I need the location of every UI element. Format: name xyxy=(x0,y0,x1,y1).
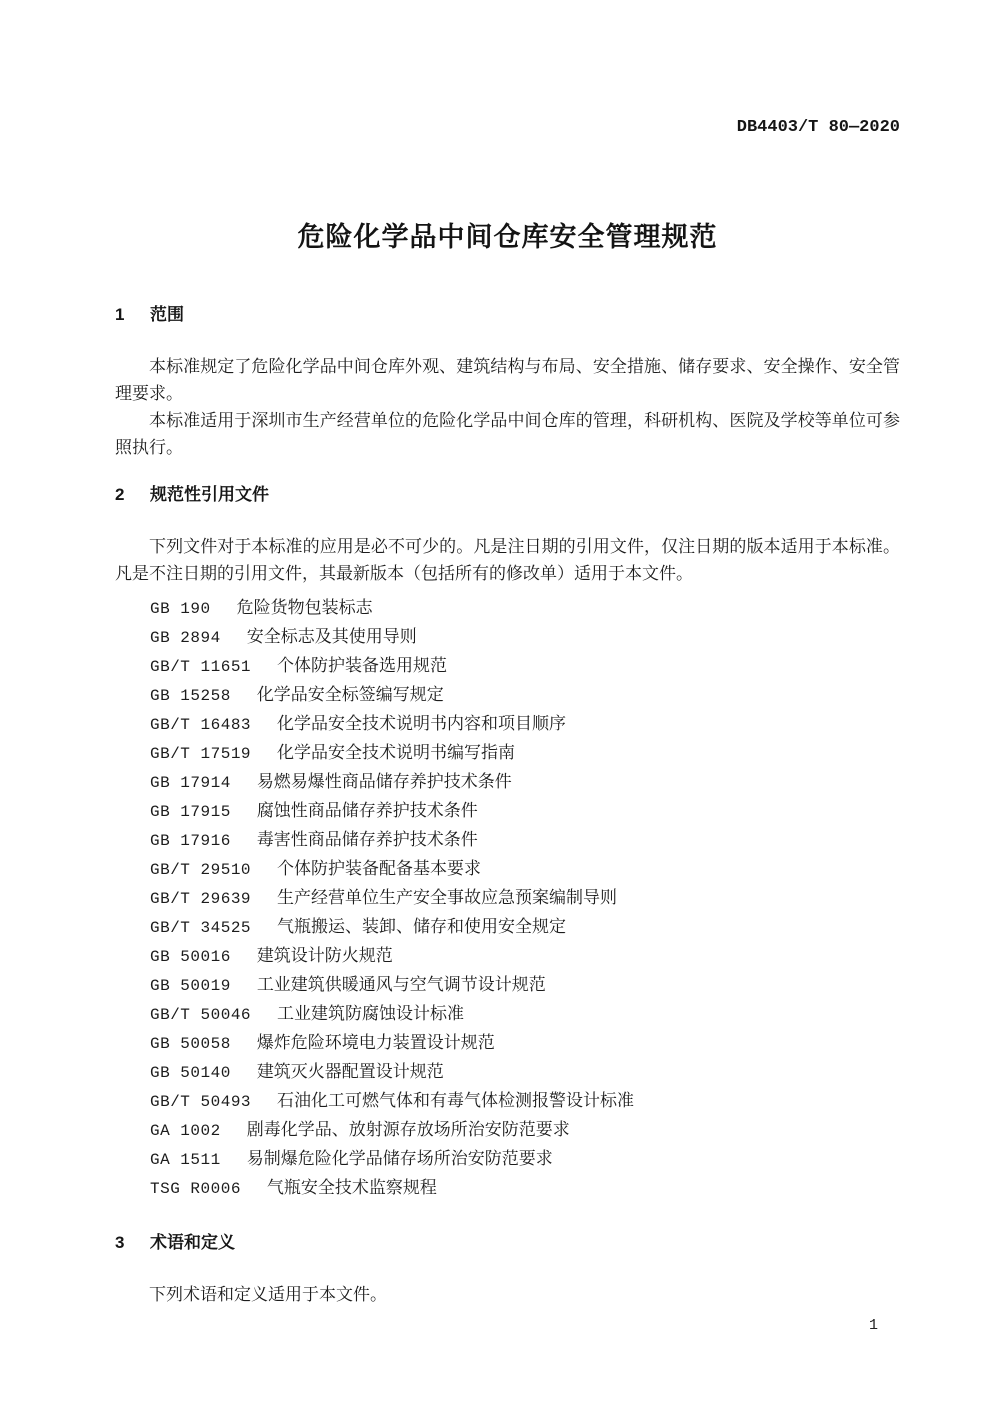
page-number: 1 xyxy=(115,1316,900,1336)
reference-list: GB 190危险货物包装标志 GB 2894安全标志及其使用导则 GB/T 11… xyxy=(115,594,900,1203)
reference-item: GB 50016建筑设计防火规范 xyxy=(150,942,900,971)
document-title: 危险化学品中间仓库安全管理规范 xyxy=(115,220,900,254)
section-scope-body: 本标准规定了危险化学品中间仓库外观、建筑结构与布局、安全措施、储存要求、安全操作… xyxy=(115,353,900,461)
standard-number: DB4403/T 80—2020 xyxy=(115,118,900,138)
reference-code: GB 50140 xyxy=(150,1064,231,1082)
reference-title: 工业建筑防腐蚀设计标准 xyxy=(277,1004,464,1023)
reference-item: TSG R0006气瓶安全技术监察规程 xyxy=(150,1174,900,1203)
paragraph: 下列术语和定义适用于本文件。 xyxy=(115,1281,900,1308)
reference-code: GB/T 29639 xyxy=(150,890,251,908)
reference-code: GB/T 50493 xyxy=(150,1093,251,1111)
reference-title: 爆炸危险环境电力装置设计规范 xyxy=(257,1033,495,1052)
reference-code: GB/T 17519 xyxy=(150,745,251,763)
reference-title: 易制爆危险化学品储存场所治安防范要求 xyxy=(247,1149,553,1168)
reference-item: GB 50058爆炸危险环境电力装置设计规范 xyxy=(150,1029,900,1058)
section-label: 术语和定义 xyxy=(150,1233,235,1252)
reference-code: GB/T 50046 xyxy=(150,1006,251,1024)
reference-code: GB 190 xyxy=(150,600,211,618)
reference-code: TSG R0006 xyxy=(150,1180,241,1198)
reference-code: GB 50019 xyxy=(150,977,231,995)
reference-title: 建筑设计防火规范 xyxy=(257,946,393,965)
reference-title: 建筑灭火器配置设计规范 xyxy=(257,1062,444,1081)
reference-code: GA 1002 xyxy=(150,1122,221,1140)
section-references-body: 下列文件对于本标准的应用是必不可少的。凡是注日期的引用文件，仅注日期的版本适用于… xyxy=(115,533,900,1203)
reference-item: GB 50019工业建筑供暖通风与空气调节设计规范 xyxy=(150,971,900,1000)
paragraph: 本标准规定了危险化学品中间仓库外观、建筑结构与布局、安全措施、储存要求、安全操作… xyxy=(115,353,900,407)
reference-item: GB/T 34525气瓶搬运、装卸、储存和使用安全规定 xyxy=(150,913,900,942)
reference-title: 生产经营单位生产安全事故应急预案编制导则 xyxy=(277,888,617,907)
section-number: 3 xyxy=(115,1231,150,1255)
reference-title: 工业建筑供暖通风与空气调节设计规范 xyxy=(257,975,546,994)
reference-code: GB 15258 xyxy=(150,687,231,705)
section-terms-heading: 3术语和定义 xyxy=(115,1231,900,1255)
reference-item: GB 17914易燃易爆性商品储存养护技术条件 xyxy=(150,768,900,797)
reference-item: GB/T 50493石油化工可燃气体和有毒气体检测报警设计标准 xyxy=(150,1087,900,1116)
reference-code: GB 2894 xyxy=(150,629,221,647)
reference-title: 石油化工可燃气体和有毒气体检测报警设计标准 xyxy=(277,1091,634,1110)
reference-title: 个体防护装备配备基本要求 xyxy=(277,859,481,878)
reference-title: 化学品安全标签编写规定 xyxy=(257,685,444,704)
reference-title: 化学品安全技术说明书编写指南 xyxy=(277,743,515,762)
section-label: 规范性引用文件 xyxy=(150,485,269,504)
reference-code: GB/T 34525 xyxy=(150,919,251,937)
reference-code: GB 17915 xyxy=(150,803,231,821)
reference-title: 气瓶安全技术监察规程 xyxy=(267,1178,437,1197)
reference-title: 气瓶搬运、装卸、储存和使用安全规定 xyxy=(277,917,566,936)
reference-code: GA 1511 xyxy=(150,1151,221,1169)
reference-item: GB/T 29639生产经营单位生产安全事故应急预案编制导则 xyxy=(150,884,900,913)
reference-item: GB/T 11651个体防护装备选用规范 xyxy=(150,652,900,681)
paragraph: 本标准适用于深圳市生产经营单位的危险化学品中间仓库的管理，科研机构、医院及学校等… xyxy=(115,407,900,461)
reference-title: 化学品安全技术说明书内容和项目顺序 xyxy=(277,714,566,733)
section-number: 2 xyxy=(115,483,150,507)
reference-item: GB 15258化学品安全标签编写规定 xyxy=(150,681,900,710)
reference-code: GB 50058 xyxy=(150,1035,231,1053)
section-references-heading: 2规范性引用文件 xyxy=(115,483,900,507)
reference-item: GB 17916毒害性商品储存养护技术条件 xyxy=(150,826,900,855)
reference-item: GA 1511易制爆危险化学品储存场所治安防范要求 xyxy=(150,1145,900,1174)
section-terms-body: 下列术语和定义适用于本文件。 xyxy=(115,1281,900,1308)
section-scope: 1范围 本标准规定了危险化学品中间仓库外观、建筑结构与布局、安全措施、储存要求、… xyxy=(115,303,900,461)
reference-code: GB/T 16483 xyxy=(150,716,251,734)
reference-code: GB 50016 xyxy=(150,948,231,966)
reference-item: GB/T 16483化学品安全技术说明书内容和项目顺序 xyxy=(150,710,900,739)
section-scope-heading: 1范围 xyxy=(115,303,900,327)
reference-title: 腐蚀性商品储存养护技术条件 xyxy=(257,801,478,820)
document-page: DB4403/T 80—2020 危险化学品中间仓库安全管理规范 1范围 本标准… xyxy=(0,0,992,1403)
reference-code: GB 17914 xyxy=(150,774,231,792)
reference-title: 安全标志及其使用导则 xyxy=(247,627,417,646)
section-label: 范围 xyxy=(150,305,184,324)
reference-code: GB/T 11651 xyxy=(150,658,251,676)
reference-code: GB 17916 xyxy=(150,832,231,850)
reference-title: 剧毒化学品、放射源存放场所治安防范要求 xyxy=(247,1120,570,1139)
reference-title: 危险货物包装标志 xyxy=(237,598,373,617)
reference-item: GB/T 17519化学品安全技术说明书编写指南 xyxy=(150,739,900,768)
reference-item: GB/T 29510个体防护装备配备基本要求 xyxy=(150,855,900,884)
reference-item: GB/T 50046工业建筑防腐蚀设计标准 xyxy=(150,1000,900,1029)
reference-code: GB/T 29510 xyxy=(150,861,251,879)
reference-item: GB 2894安全标志及其使用导则 xyxy=(150,623,900,652)
reference-title: 个体防护装备选用规范 xyxy=(277,656,447,675)
reference-item: GB 50140建筑灭火器配置设计规范 xyxy=(150,1058,900,1087)
reference-item: GA 1002剧毒化学品、放射源存放场所治安防范要求 xyxy=(150,1116,900,1145)
section-terms-definitions: 3术语和定义 下列术语和定义适用于本文件。 xyxy=(115,1231,900,1308)
reference-item: GB 17915腐蚀性商品储存养护技术条件 xyxy=(150,797,900,826)
section-normative-references: 2规范性引用文件 下列文件对于本标准的应用是必不可少的。凡是注日期的引用文件，仅… xyxy=(115,483,900,1203)
paragraph: 下列文件对于本标准的应用是必不可少的。凡是注日期的引用文件，仅注日期的版本适用于… xyxy=(115,533,900,587)
reference-title: 毒害性商品储存养护技术条件 xyxy=(257,830,478,849)
reference-title: 易燃易爆性商品储存养护技术条件 xyxy=(257,772,512,791)
reference-item: GB 190危险货物包装标志 xyxy=(150,594,900,623)
section-number: 1 xyxy=(115,303,150,327)
